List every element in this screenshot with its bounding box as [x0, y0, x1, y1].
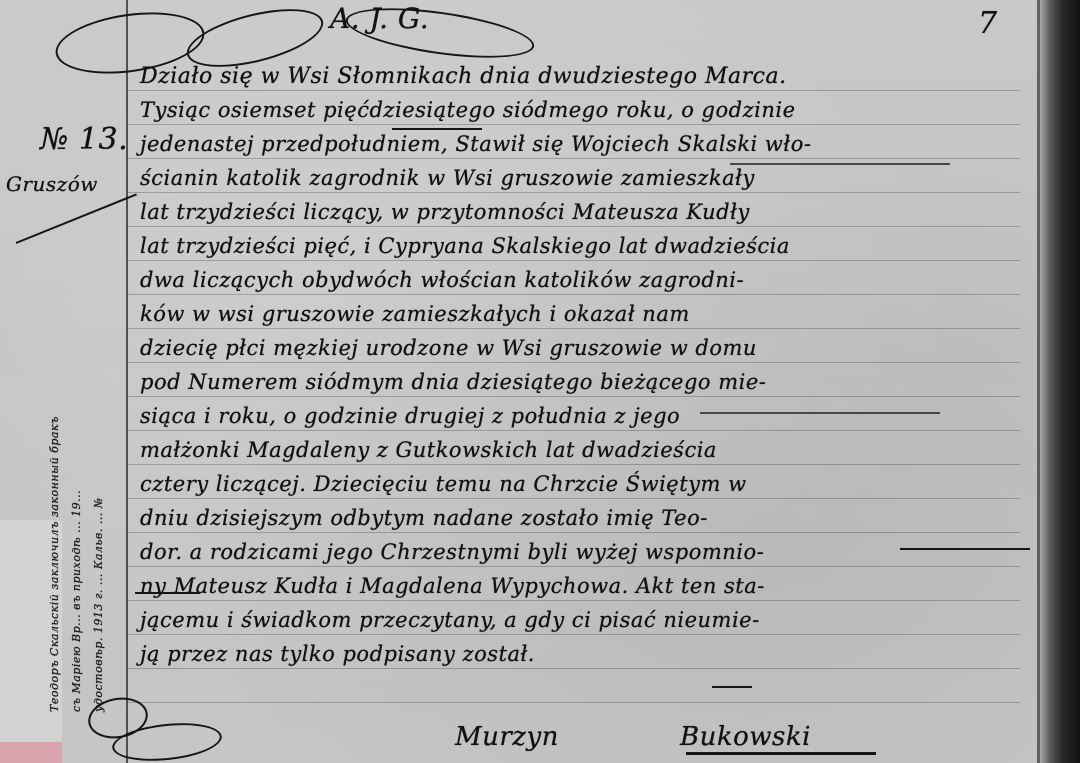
body-line-13: cztery liczącej. Dziecięciu temu na Chrz… — [140, 472, 747, 496]
signature-1: Murzyn — [455, 722, 559, 752]
underline-siodmego — [392, 128, 482, 130]
body-line-2: Tysiąc osiemset pięćdziesiątego siódmego… — [140, 98, 796, 122]
body-line-6: lat trzydzieści pięć, i Cypryana Skalski… — [140, 234, 790, 258]
body-line-3: jedenastej przedpołudniem, Stawił się Wo… — [140, 132, 811, 156]
body-line-14: dniu dzisiejszym odbytym nadane zostało … — [140, 506, 708, 530]
pink-tab-marker — [0, 742, 62, 763]
body-line-7: dwa liczących obydwóch włościan katolikó… — [140, 268, 744, 292]
underline-date — [700, 412, 940, 414]
underline-name-teodor — [900, 548, 1030, 550]
margin-note-1: Теодоръ Скальскій заключилъ законный бра… — [48, 416, 61, 712]
scanned-document-page: A. J. G. 7 № 13. Gruszów Теодоръ Скальск… — [0, 0, 1080, 763]
margin-note-3: удостовѣр. 1913 г. ... Кальв. ... № — [92, 497, 105, 712]
body-line-18: ją przez nas tylko podpisany został. — [140, 642, 535, 666]
underline-name — [730, 163, 950, 165]
header-mark: A. J. G. — [330, 2, 429, 35]
signature-2: Bukowski — [680, 722, 811, 752]
margin-note-2: съ Марiею Вр... въ приходѣ ... 19... — [70, 490, 83, 712]
body-line-10: pod Numerem siódmym dnia dziesiątego bie… — [140, 370, 766, 394]
body-line-16: ny Mateusz Kudła i Magdalena Wypychowa. … — [140, 574, 765, 598]
body-line-1: Działo się w Wsi Słomnikach dnia dwudzie… — [140, 64, 787, 89]
body-line-9: dziecię płci męzkiej urodzone w Wsi grus… — [140, 336, 757, 360]
body-line-12: małżonki Magdaleny z Gutkowskich lat dwa… — [140, 438, 717, 462]
margin-stroke — [16, 193, 137, 244]
record-number: № 13. — [40, 122, 128, 157]
body-line-11: siąca i roku, o godzinie drugiej z połud… — [140, 404, 680, 428]
book-binding — [1040, 0, 1080, 763]
underline-dor — [135, 592, 200, 594]
closing-dash — [712, 686, 752, 688]
body-line-5: lat trzydzieści liczący, w przytomności … — [140, 200, 750, 224]
margin-line — [126, 0, 128, 763]
page-number: 7 — [978, 6, 998, 41]
signature-underline — [686, 752, 876, 755]
village-name: Gruszów — [6, 172, 98, 196]
body-line-15: dor. a rodzicami jego Chrzestnymi byli w… — [140, 540, 764, 564]
body-line-4: ścianin katolik zagrodnik w Wsi gruszowi… — [140, 166, 755, 190]
body-line-17: jącemu i świadkom przeczytany, a gdy ci … — [140, 608, 760, 632]
body-line-8: ków w wsi gruszowie zamieszkałych i okaz… — [140, 302, 690, 326]
